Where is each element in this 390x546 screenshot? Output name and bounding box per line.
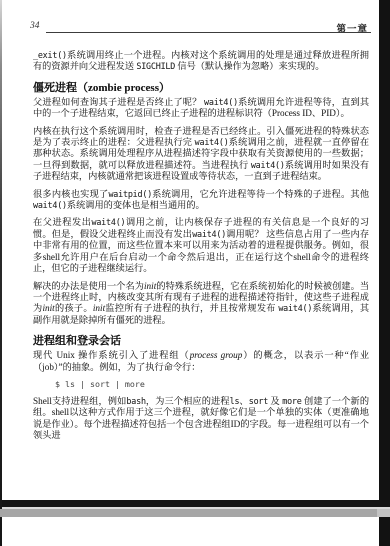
text-run: more <box>282 396 301 406</box>
page-number: 34 <box>30 21 40 31</box>
paragraph-shell-groups: Shell支持进程组，例如bash，为三个相应的进程ls、sort 及 more… <box>33 396 369 442</box>
text-run: init <box>93 303 105 313</box>
section-heading-process-group: 进程组和登录会话 <box>33 335 369 347</box>
paragraph-before-wait4: 在父进程发出wait4()调用之前，让内核保存子进程的有关信息是一个良好的习惯。… <box>33 217 369 274</box>
paragraph-parent-query: 父进程如何查询其子进程是否终止了呢？ wait4()系统调用允许进程等待，直到其… <box>33 97 369 120</box>
text-run: ls <box>230 396 240 406</box>
text-run: SIGCHILD <box>136 61 175 71</box>
page-right-border <box>379 0 390 546</box>
text-run: 信号（默认操作为忽略）来实现的。 <box>175 61 324 71</box>
header-rule <box>46 32 371 33</box>
scanned-book-page-view: 34 第一章 _exit()系统调用终止一个进程。内核对这个系统调用的处理是通过… <box>0 0 390 546</box>
text-run: 解决的办法是使用一个名为 <box>33 281 144 291</box>
page-gap <box>0 509 390 517</box>
paragraph-kernel-exec: 内核在执行这个系统调用时，检查子进程是否已经终止。引入僵死进程的特殊状态是为了表… <box>33 126 369 183</box>
text-run: init <box>144 281 156 291</box>
text-run: 很多内核也实现了 <box>33 189 108 199</box>
book-page: 34 第一章 _exit()系统调用终止一个进程。内核对这个系统调用的处理是通过… <box>0 0 390 500</box>
page-left-edge <box>0 0 2 546</box>
page-bottom-border <box>2 500 390 507</box>
text-run: 、 <box>239 396 248 406</box>
page-content: _exit()系统调用终止一个进程。内核对这个系统调用的处理是通过释放进程所拥有… <box>33 50 369 448</box>
text-run: 监控所有子进程的执行，并且按常规发布 <box>105 303 278 313</box>
section-heading-zombie-process: 僵死进程（zombie process） <box>33 82 369 94</box>
paragraph-exit-syscall: _exit()系统调用终止一个进程。内核对这个系统调用的处理是通过释放进程所拥有… <box>33 50 369 73</box>
text-run: wait4() <box>204 97 238 107</box>
shell-command-line: $ ls | sort | more <box>55 379 369 389</box>
text-run: 现代 Unix 操作系统引入了进程组（ <box>33 350 190 360</box>
text-run: 及 <box>268 396 282 406</box>
text-run: 父进程如何查询其子进程是否终止了呢？ <box>33 97 204 107</box>
text-run: wait4() <box>195 137 229 147</box>
text-run: sort <box>249 396 268 406</box>
text-run: wait4() <box>33 200 67 210</box>
text-run: init <box>42 303 54 313</box>
text-run: wait4() <box>192 229 226 239</box>
text-run: waitpid() <box>108 189 152 199</box>
text-run: bash <box>126 396 145 406</box>
text-run: _exit() <box>33 50 67 60</box>
page-gap-notch <box>377 509 390 517</box>
text-run: 系统调用，它允许进程等待一个特殊的子进程。其他 <box>152 189 369 199</box>
text-run: 的孩子。 <box>55 303 93 313</box>
paragraph-init-process: 解决的办法是使用一个名为init的特殊系统进程，它在系统初始化的时候被创建。当一… <box>33 281 369 327</box>
text-run: wait4() <box>91 217 125 227</box>
text-run: process group <box>190 350 243 360</box>
next-page-top <box>2 517 379 546</box>
text-run: 在父进程发出 <box>33 217 91 227</box>
text-run: wait4() <box>278 303 312 313</box>
text-run: wait4() <box>251 160 285 170</box>
text-run: 系统调用的变体也是相当通用的。 <box>67 200 205 210</box>
paragraph-waitpid: 很多内核也实现了waitpid()系统调用，它允许进程等待一个特殊的子进程。其他… <box>33 189 369 212</box>
text-run: Shell支持进程组，例如 <box>33 396 126 406</box>
text-run: ，为三个相应的进程 <box>146 396 230 406</box>
paragraph-modern-unix: 现代 Unix 操作系统引入了进程组（process group）的概念，以表示… <box>33 350 369 373</box>
